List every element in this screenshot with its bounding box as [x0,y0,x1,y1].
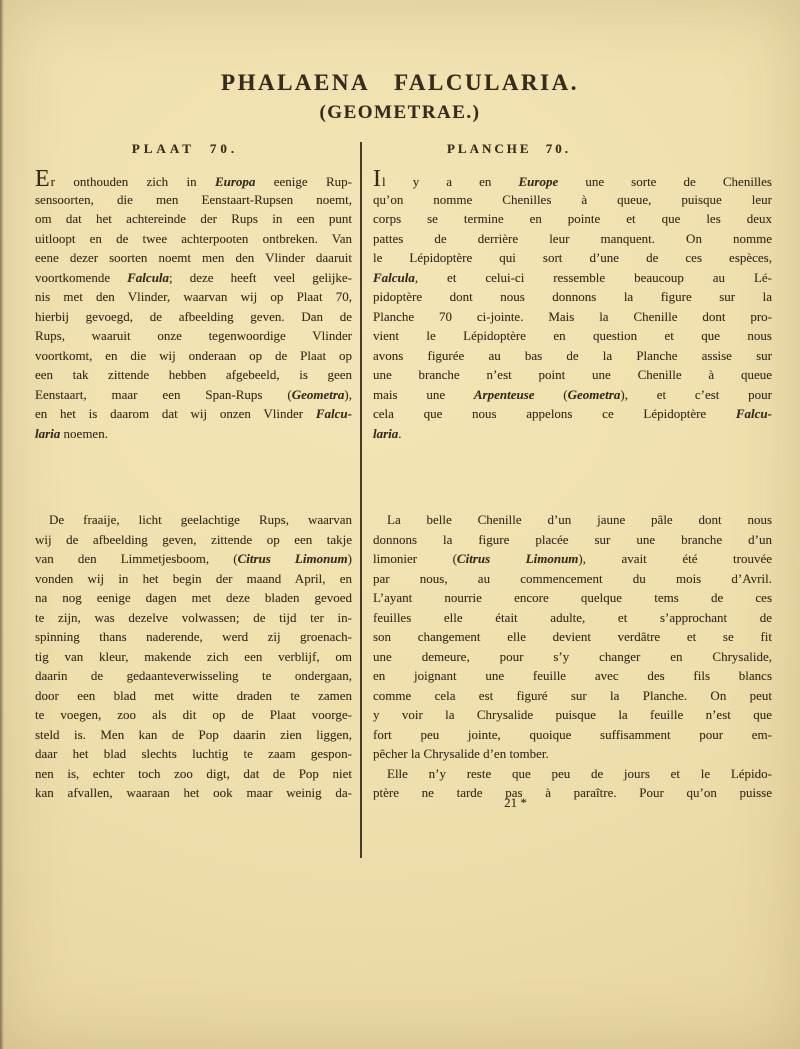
text-line: een tak zittende hebben afgebeeld, is ge… [35,365,352,385]
text-line: vient le Lépidoptère en question et que … [373,326,772,346]
text-line: Elle n’y reste que peu de jours et le Lé… [373,764,772,784]
text-line: comme cela est figuré sur la Planche. On… [373,686,772,706]
text-line: steld is. Men kan de Pop daarin zien lig… [35,725,352,745]
italic-term: Arpenteuse [474,387,535,402]
text-line: van den Limmetjesboom, (Citrus Limonum) [35,549,352,569]
italic-term: Europa [215,174,255,189]
text-line: son changement elle devient verdâtre et … [373,627,772,647]
text-line: voortkomt, en die wij onderaan op de Pla… [35,346,352,366]
italic-term: Falcula [127,270,169,285]
paragraph: La belle Chenille d’un jaune pâle dont n… [373,510,772,764]
text-line: y voir la Chrysalide puisque la feuille … [373,705,772,725]
text-line: Eenstaart, maar een Span-Rups (Geometra)… [35,385,352,405]
right-column-french-text: Il y a en Europe une sorte de Chenillesq… [373,170,772,803]
text-line: qu’on nomme Chenilles à queue, puisque l… [373,190,772,210]
text-line: Falcula, et celui-ci ressemble beaucoup … [373,268,772,288]
text-line: sensoorten, die men Eenstaart-Rupsen noe… [35,190,352,210]
paragraph: Il y a en Europe une sorte de Chenillesq… [373,170,772,443]
text-line: Planche 70 ci-jointe. Mais la Chenille d… [373,307,772,327]
left-column-header: PLAAT 70. [35,141,335,157]
text-line: en joignant une feuille avec des fils bl… [373,666,772,686]
page-subtitle: (GEOMETRAE.) [0,102,800,124]
text-line: eene dezer soorten noemt men den Vlinder… [35,248,352,268]
italic-term: Falcu- [316,406,352,421]
text-line: kan afvallen, waaraan het ook maar weini… [35,783,352,803]
left-column-dutch-text: Er onthouden zich in Europa eenige Rup-s… [35,170,352,803]
text-line: L’ayant nourrie encore quelque tems de c… [373,588,772,608]
page-title: PHALAENA FALCULARIA. [0,70,800,96]
text-line: Il y a en Europe une sorte de Chenilles [373,170,772,190]
text-line: pêcher la Chrysalide d’en tomber. [373,744,772,764]
italic-term: laria [373,426,398,441]
text-line: La belle Chenille d’un jaune pâle dont n… [373,510,772,530]
text-line: nis met den Vlinder, waarvan wij op Plaa… [35,287,352,307]
book-page: PHALAENA FALCULARIA. (GEOMETRAE.) PLAAT … [0,0,800,1049]
paragraph: De fraaije, licht geelachtige Rups, waar… [35,510,352,803]
italic-term: laria [35,426,60,441]
italic-term: Geometra [292,387,345,402]
text-line: nen is, echter toch zoo digt, dat de Pop… [35,764,352,784]
text-line: pattes de derrière leur manquent. On nom… [373,229,772,249]
text-line: donnons la figure placée sur une branche… [373,530,772,550]
text-line: laria noemen. [35,424,352,444]
text-line: hierbij gevoegd, de afbeelding geven. Da… [35,307,352,327]
text-line: pidoptère dont nous donnons la figure su… [373,287,772,307]
text-line: feuilles elle était adulte, et s’approch… [373,608,772,628]
column-divider-rule [360,142,362,858]
italic-term: Citrus Limonum [238,551,348,566]
italic-term: Falcu- [736,406,772,421]
text-line: limonier (Citrus Limonum), avait été tro… [373,549,772,569]
text-line: en het is daarom dat wij onzen Vlinder F… [35,404,352,424]
text-line: tig van kleur, makende zich een verblijf… [35,647,352,667]
text-line: te voegen, zoo als dit op de Plaat voorg… [35,705,352,725]
text-line: voortkomende Falcula; deze heeft veel ge… [35,268,352,288]
scan-edge-shadow [0,0,4,1049]
text-line: om dat het achtereinde der Rups in een p… [35,209,352,229]
text-line: corps se termine en pointe et que les de… [373,209,772,229]
italic-term: Geometra [568,387,621,402]
text-line: mais une Arpenteuse (Geometra), et c’est… [373,385,772,405]
italic-term: Citrus Limonum [457,551,579,566]
text-line: laria. [373,424,772,444]
italic-term: Europe [519,174,559,189]
text-line: Er onthouden zich in Europa eenige Rup- [35,170,352,190]
text-line: uitloopt en de twee achterpooten ontbrek… [35,229,352,249]
text-line: daar het blad slechts luchtig te zaam ge… [35,744,352,764]
text-line: Rups, waaruit onze tegenwoordige Vlinder [35,326,352,346]
text-line: fort peu jointe, quoique suffisamment po… [373,725,772,745]
drop-cap: I [373,166,382,192]
text-line: vonden wij in het begin der maand April,… [35,569,352,589]
drop-cap: E [35,166,51,192]
italic-term: Falcula [373,270,415,285]
text-line: le Lépidoptère qui sort d’une de ces esp… [373,248,772,268]
text-line: par nous, au commencement du mois d’Avri… [373,569,772,589]
text-line: une demeure, pour s’y changer en Chrysal… [373,647,772,667]
text-line: te zijn, was dezelve volwassen; de tijd … [35,608,352,628]
text-line: avons figurée au bas de la Planche assis… [373,346,772,366]
text-line: daarin de gedaanteverwisseling te onderg… [35,666,352,686]
text-line: cela que nous appelons ce Lépidoptère Fa… [373,404,772,424]
text-line: na nog eenige dagen met deze bladen gevo… [35,588,352,608]
page-signature: 21 * [373,795,658,811]
right-column-header: PLANCHE 70. [373,141,645,157]
text-line: door een blad met witte draden te zamen [35,686,352,706]
text-line: spinning thans naderende, werd zij groen… [35,627,352,647]
text-line: une branche n’est point une Chenille à q… [373,365,772,385]
text-line: De fraaije, licht geelachtige Rups, waar… [35,510,352,530]
text-line: wij de afbeelding geven, zittende op een… [35,530,352,550]
paragraph: Er onthouden zich in Europa eenige Rup-s… [35,170,352,443]
